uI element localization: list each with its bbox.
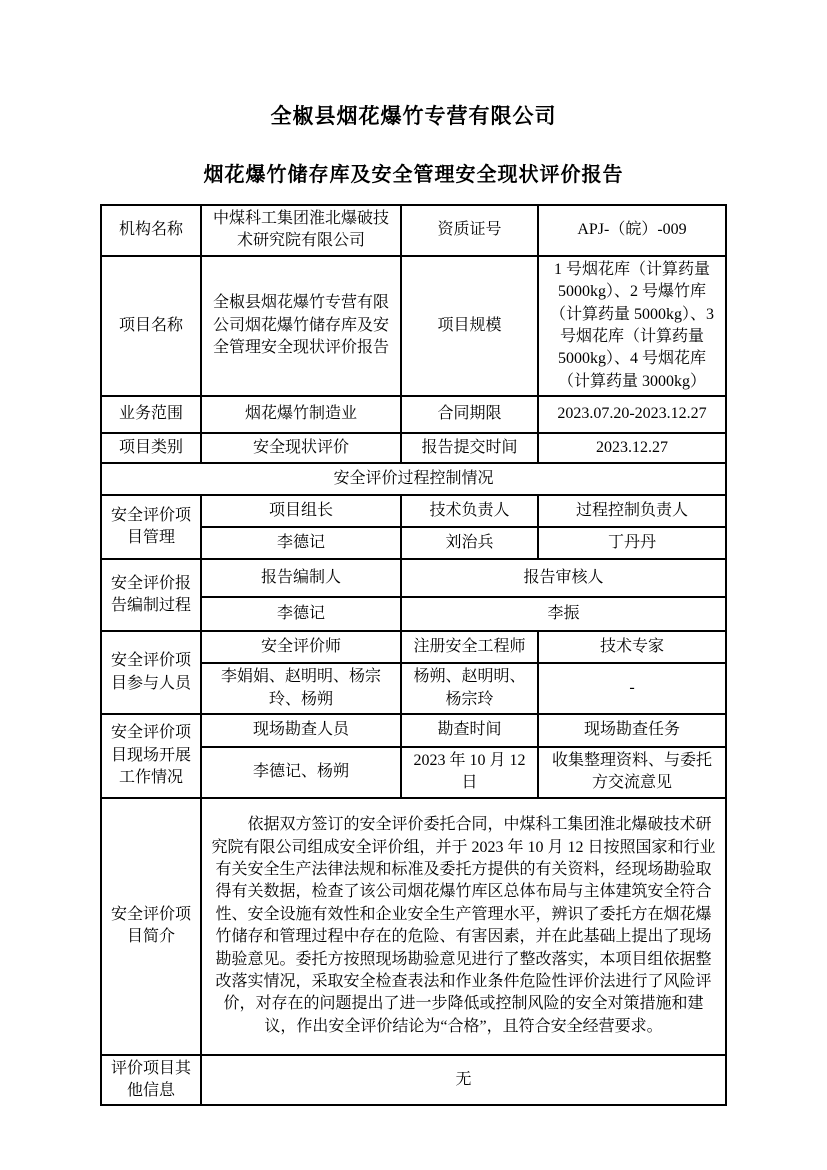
scale-label: 项目规模 bbox=[401, 256, 538, 396]
agency-value: 中煤科工集团淮北爆破技术研究院有限公司 bbox=[201, 205, 401, 256]
contract-label: 合同期限 bbox=[401, 396, 538, 433]
process-control-label: 过程控制负责人 bbox=[538, 495, 726, 527]
table-row: 评价项目其他信息 无 bbox=[101, 1055, 726, 1106]
survey-task-value: 收集整理资料、与委托方交流意见 bbox=[538, 747, 726, 798]
other-info-row-label: 评价项目其他信息 bbox=[101, 1055, 201, 1106]
management-row-label: 安全评价项目管理 bbox=[101, 495, 201, 559]
table-row: 安全评价项目简介 依据双方签订的安全评价委托合同，中煤科工集团淮北爆破技术研究院… bbox=[101, 798, 726, 1055]
table-row: 安全评价项目参与人员 安全评价师 注册安全工程师 技术专家 bbox=[101, 631, 726, 663]
business-value: 烟花爆竹制造业 bbox=[201, 396, 401, 433]
summary-paragraph: 依据双方签订的安全评价委托合同，中煤科工集团淮北爆破技术研究院有限公司组成安全评… bbox=[201, 798, 726, 1055]
process-control-value: 丁丹丹 bbox=[538, 527, 726, 559]
business-label: 业务范围 bbox=[101, 396, 201, 433]
submit-value: 2023.12.27 bbox=[538, 433, 726, 463]
report-writer-label: 报告编制人 bbox=[201, 559, 401, 597]
report-reviewer-label: 报告审核人 bbox=[401, 559, 726, 597]
leader-label: 项目组长 bbox=[201, 495, 401, 527]
agency-label: 机构名称 bbox=[101, 205, 201, 256]
project-value: 全椒县烟花爆竹专营有限公司烟花爆竹储存库及安全管理安全现状评价报告 bbox=[201, 256, 401, 396]
category-label: 项目类别 bbox=[101, 433, 201, 463]
license-value: APJ-（皖）-009 bbox=[538, 205, 726, 256]
leader-value: 李德记 bbox=[201, 527, 401, 559]
table-row: 项目类别 安全现状评价 报告提交时间 2023.12.27 bbox=[101, 433, 726, 463]
survey-time-label: 勘查时间 bbox=[401, 714, 538, 747]
survey-time-value: 2023 年 10 月 12 日 bbox=[401, 747, 538, 798]
table-row: 业务范围 烟花爆竹制造业 合同期限 2023.07.20-2023.12.27 bbox=[101, 396, 726, 433]
expert-value: - bbox=[538, 663, 726, 714]
report-info-table: 机构名称 中煤科工集团淮北爆破技术研究院有限公司 资质证号 APJ-（皖）-00… bbox=[100, 204, 727, 1106]
table-row: 安全评价过程控制情况 bbox=[101, 463, 726, 495]
document-page: 全椒县烟花爆竹专营有限公司 烟花爆竹储存库及安全管理安全现状评价报告 机构名称 … bbox=[0, 0, 827, 1170]
participants-row-label: 安全评价项目参与人员 bbox=[101, 631, 201, 714]
report-writer-value: 李德记 bbox=[201, 597, 401, 631]
table-row: 项目名称 全椒县烟花爆竹专营有限公司烟花爆竹储存库及安全管理安全现状评价报告 项… bbox=[101, 256, 726, 396]
compilation-row-label: 安全评价报告编制过程 bbox=[101, 559, 201, 631]
table-row: 机构名称 中煤科工集团淮北爆破技术研究院有限公司 资质证号 APJ-（皖）-00… bbox=[101, 205, 726, 256]
report-title: 烟花爆竹储存库及安全管理安全现状评价报告 bbox=[0, 130, 827, 187]
survey-personnel-value: 李德记、杨朔 bbox=[201, 747, 401, 798]
summary-row-label: 安全评价项目简介 bbox=[101, 798, 201, 1055]
table-row: 安全评价项目现场开展工作情况 现场勘查人员 勘查时间 现场勘查任务 bbox=[101, 714, 726, 747]
table-row: 安全评价项目管理 项目组长 技术负责人 过程控制负责人 bbox=[101, 495, 726, 527]
table-row: 安全评价报告编制过程 报告编制人 报告审核人 bbox=[101, 559, 726, 597]
survey-personnel-label: 现场勘查人员 bbox=[201, 714, 401, 747]
tech-lead-value: 刘治兵 bbox=[401, 527, 538, 559]
summary-text: 依据双方签订的安全评价委托合同，中煤科工集团淮北爆破技术研究院有限公司组成安全评… bbox=[208, 814, 719, 1038]
license-label: 资质证号 bbox=[401, 205, 538, 256]
company-title: 全椒县烟花爆竹专营有限公司 bbox=[0, 0, 827, 130]
report-reviewer-value: 李振 bbox=[401, 597, 726, 631]
process-control-header: 安全评价过程控制情况 bbox=[101, 463, 726, 495]
engineer-label: 注册安全工程师 bbox=[401, 631, 538, 663]
site-work-row-label: 安全评价项目现场开展工作情况 bbox=[101, 714, 201, 798]
scale-value: 1 号烟花库（计算药量 5000kg）、2 号爆竹库（计算药量 5000kg）、… bbox=[538, 256, 726, 396]
submit-label: 报告提交时间 bbox=[401, 433, 538, 463]
expert-label: 技术专家 bbox=[538, 631, 726, 663]
contract-value: 2023.07.20-2023.12.27 bbox=[538, 396, 726, 433]
other-info-value: 无 bbox=[201, 1055, 726, 1106]
survey-task-label: 现场勘查任务 bbox=[538, 714, 726, 747]
project-label: 项目名称 bbox=[101, 256, 201, 396]
tech-lead-label: 技术负责人 bbox=[401, 495, 538, 527]
category-value: 安全现状评价 bbox=[201, 433, 401, 463]
assessor-label: 安全评价师 bbox=[201, 631, 401, 663]
assessor-value: 李娟娟、赵明明、杨宗玲、杨朔 bbox=[201, 663, 401, 714]
engineer-value: 杨朔、赵明明、杨宗玲 bbox=[401, 663, 538, 714]
